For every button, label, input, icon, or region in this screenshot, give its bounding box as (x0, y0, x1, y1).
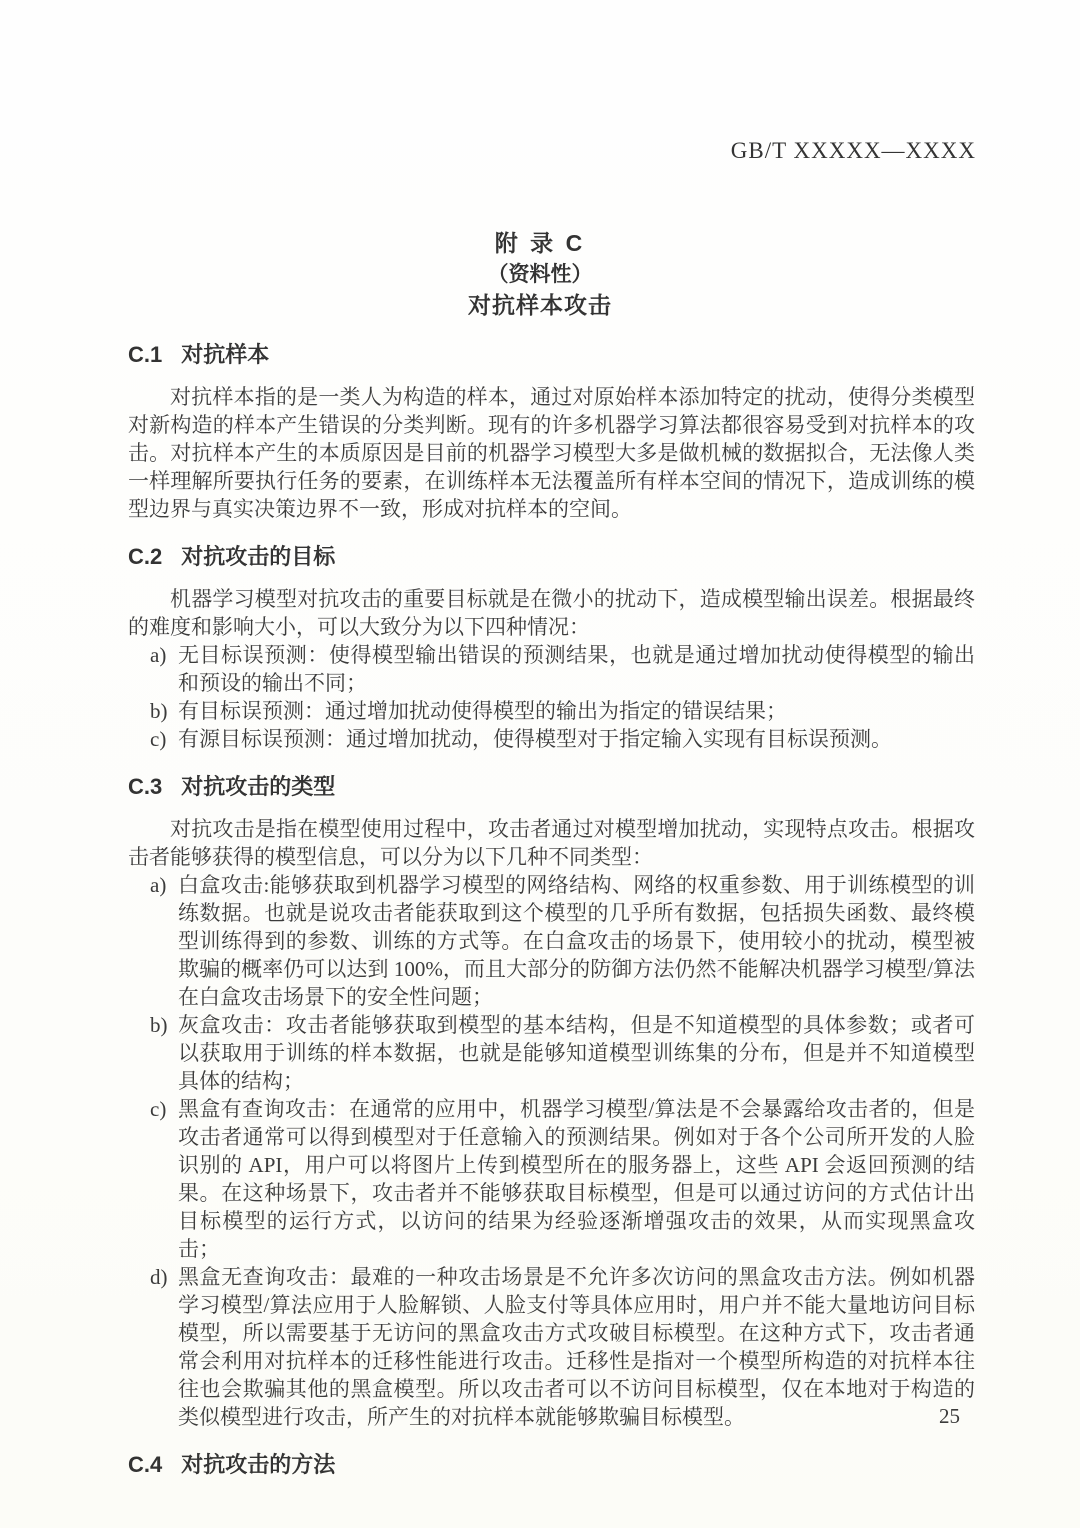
standard-code-header: GB/T XXXXX—XXXX (0, 0, 1080, 164)
appendix-title: 附 录 C (0, 228, 1080, 259)
list-item: a) 白盒攻击:能够获取到机器学习模型的网络结构、网络的权重参数、用于训练模型的… (128, 871, 975, 1011)
section-heading-c2: C.2对抗攻击的目标 (128, 542, 975, 572)
section-number: C.2 (128, 544, 162, 569)
section-number: C.1 (128, 342, 162, 367)
section-title: 对抗攻击的目标 (181, 544, 335, 569)
paragraph: 机器学习模型对抗攻击的重要目标就是在微小的扰动下，造成模型输出误差。根据最终的难… (128, 585, 975, 641)
section-heading-c1: C.1对抗样本 (128, 340, 975, 370)
section-title: 对抗攻击的类型 (181, 774, 335, 799)
list-item-text: 有目标误预测：通过增加扰动使得模型的输出为指定的错误结果； (178, 697, 975, 725)
list-marker: a) (150, 871, 178, 1011)
section-number: C.4 (128, 1452, 162, 1477)
list-item: c) 黑盒有查询攻击：在通常的应用中，机器学习模型/算法是不会暴露给攻击者的，但… (128, 1095, 975, 1263)
section-heading-c4: C.4对抗攻击的方法 (128, 1450, 975, 1480)
section-number: C.3 (128, 774, 162, 799)
document-page: GB/T XXXXX—XXXX 附 录 C （资料性） 对抗样本攻击 C.1对抗… (0, 0, 1080, 1528)
list-marker: b) (150, 697, 178, 725)
list-item-text: 黑盒无查询攻击：最难的一种攻击场景是不允许多次访问的黑盒攻击方法。例如机器学习模… (178, 1263, 975, 1431)
section-title: 对抗样本 (181, 342, 269, 367)
list-item: d) 黑盒无查询攻击：最难的一种攻击场景是不允许多次访问的黑盒攻击方法。例如机器… (128, 1263, 975, 1431)
list-item: c) 有源目标误预测：通过增加扰动，使得模型对于指定输入实现有目标误预测。 (128, 725, 975, 753)
list-marker: c) (150, 725, 178, 753)
page-number: 25 (939, 1404, 960, 1429)
list-item-text: 黑盒有查询攻击：在通常的应用中，机器学习模型/算法是不会暴露给攻击者的，但是攻击… (178, 1095, 975, 1263)
list-marker: c) (150, 1095, 178, 1263)
list-item: b) 有目标误预测：通过增加扰动使得模型的输出为指定的错误结果； (128, 697, 975, 725)
paragraph: 对抗攻击是指在模型使用过程中，攻击者通过对模型增加扰动，实现特点攻击。根据攻击者… (128, 815, 975, 871)
list-item-text: 无目标误预测：使得模型输出错误的预测结果，也就是通过增加扰动使得模型的输出和预设… (178, 641, 975, 697)
appendix-subtitle-informative: （资料性） (0, 259, 1080, 290)
appendix-title-block: 附 录 C （资料性） 对抗样本攻击 (0, 228, 1080, 321)
list-item-text: 白盒攻击:能够获取到机器学习模型的网络结构、网络的权重参数、用于训练模型的训练数… (178, 871, 975, 1011)
list-marker: b) (150, 1011, 178, 1095)
list-item-text: 有源目标误预测：通过增加扰动，使得模型对于指定输入实现有目标误预测。 (178, 725, 975, 753)
list-item: a) 无目标误预测：使得模型输出错误的预测结果，也就是通过增加扰动使得模型的输出… (128, 641, 975, 697)
list-item-text: 灰盒攻击：攻击者能够获取到模型的基本结构，但是不知道模型的具体参数；或者可以获取… (178, 1011, 975, 1095)
lettered-list-c3: a) 白盒攻击:能够获取到机器学习模型的网络结构、网络的权重参数、用于训练模型的… (128, 871, 975, 1431)
section-title: 对抗攻击的方法 (181, 1452, 335, 1477)
paragraph: 对抗样本指的是一类人为构造的样本，通过对原始样本添加特定的扰动，使得分类模型对新… (128, 383, 975, 523)
list-marker: d) (150, 1263, 178, 1431)
section-heading-c3: C.3对抗攻击的类型 (128, 772, 975, 802)
page-content: C.1对抗样本 对抗样本指的是一类人为构造的样本，通过对原始样本添加特定的扰动，… (0, 340, 1080, 1480)
list-item: b) 灰盒攻击：攻击者能够获取到模型的基本结构，但是不知道模型的具体参数；或者可… (128, 1011, 975, 1095)
lettered-list-c2: a) 无目标误预测：使得模型输出错误的预测结果，也就是通过增加扰动使得模型的输出… (128, 641, 975, 753)
list-marker: a) (150, 641, 178, 697)
appendix-subject-title: 对抗样本攻击 (0, 290, 1080, 321)
